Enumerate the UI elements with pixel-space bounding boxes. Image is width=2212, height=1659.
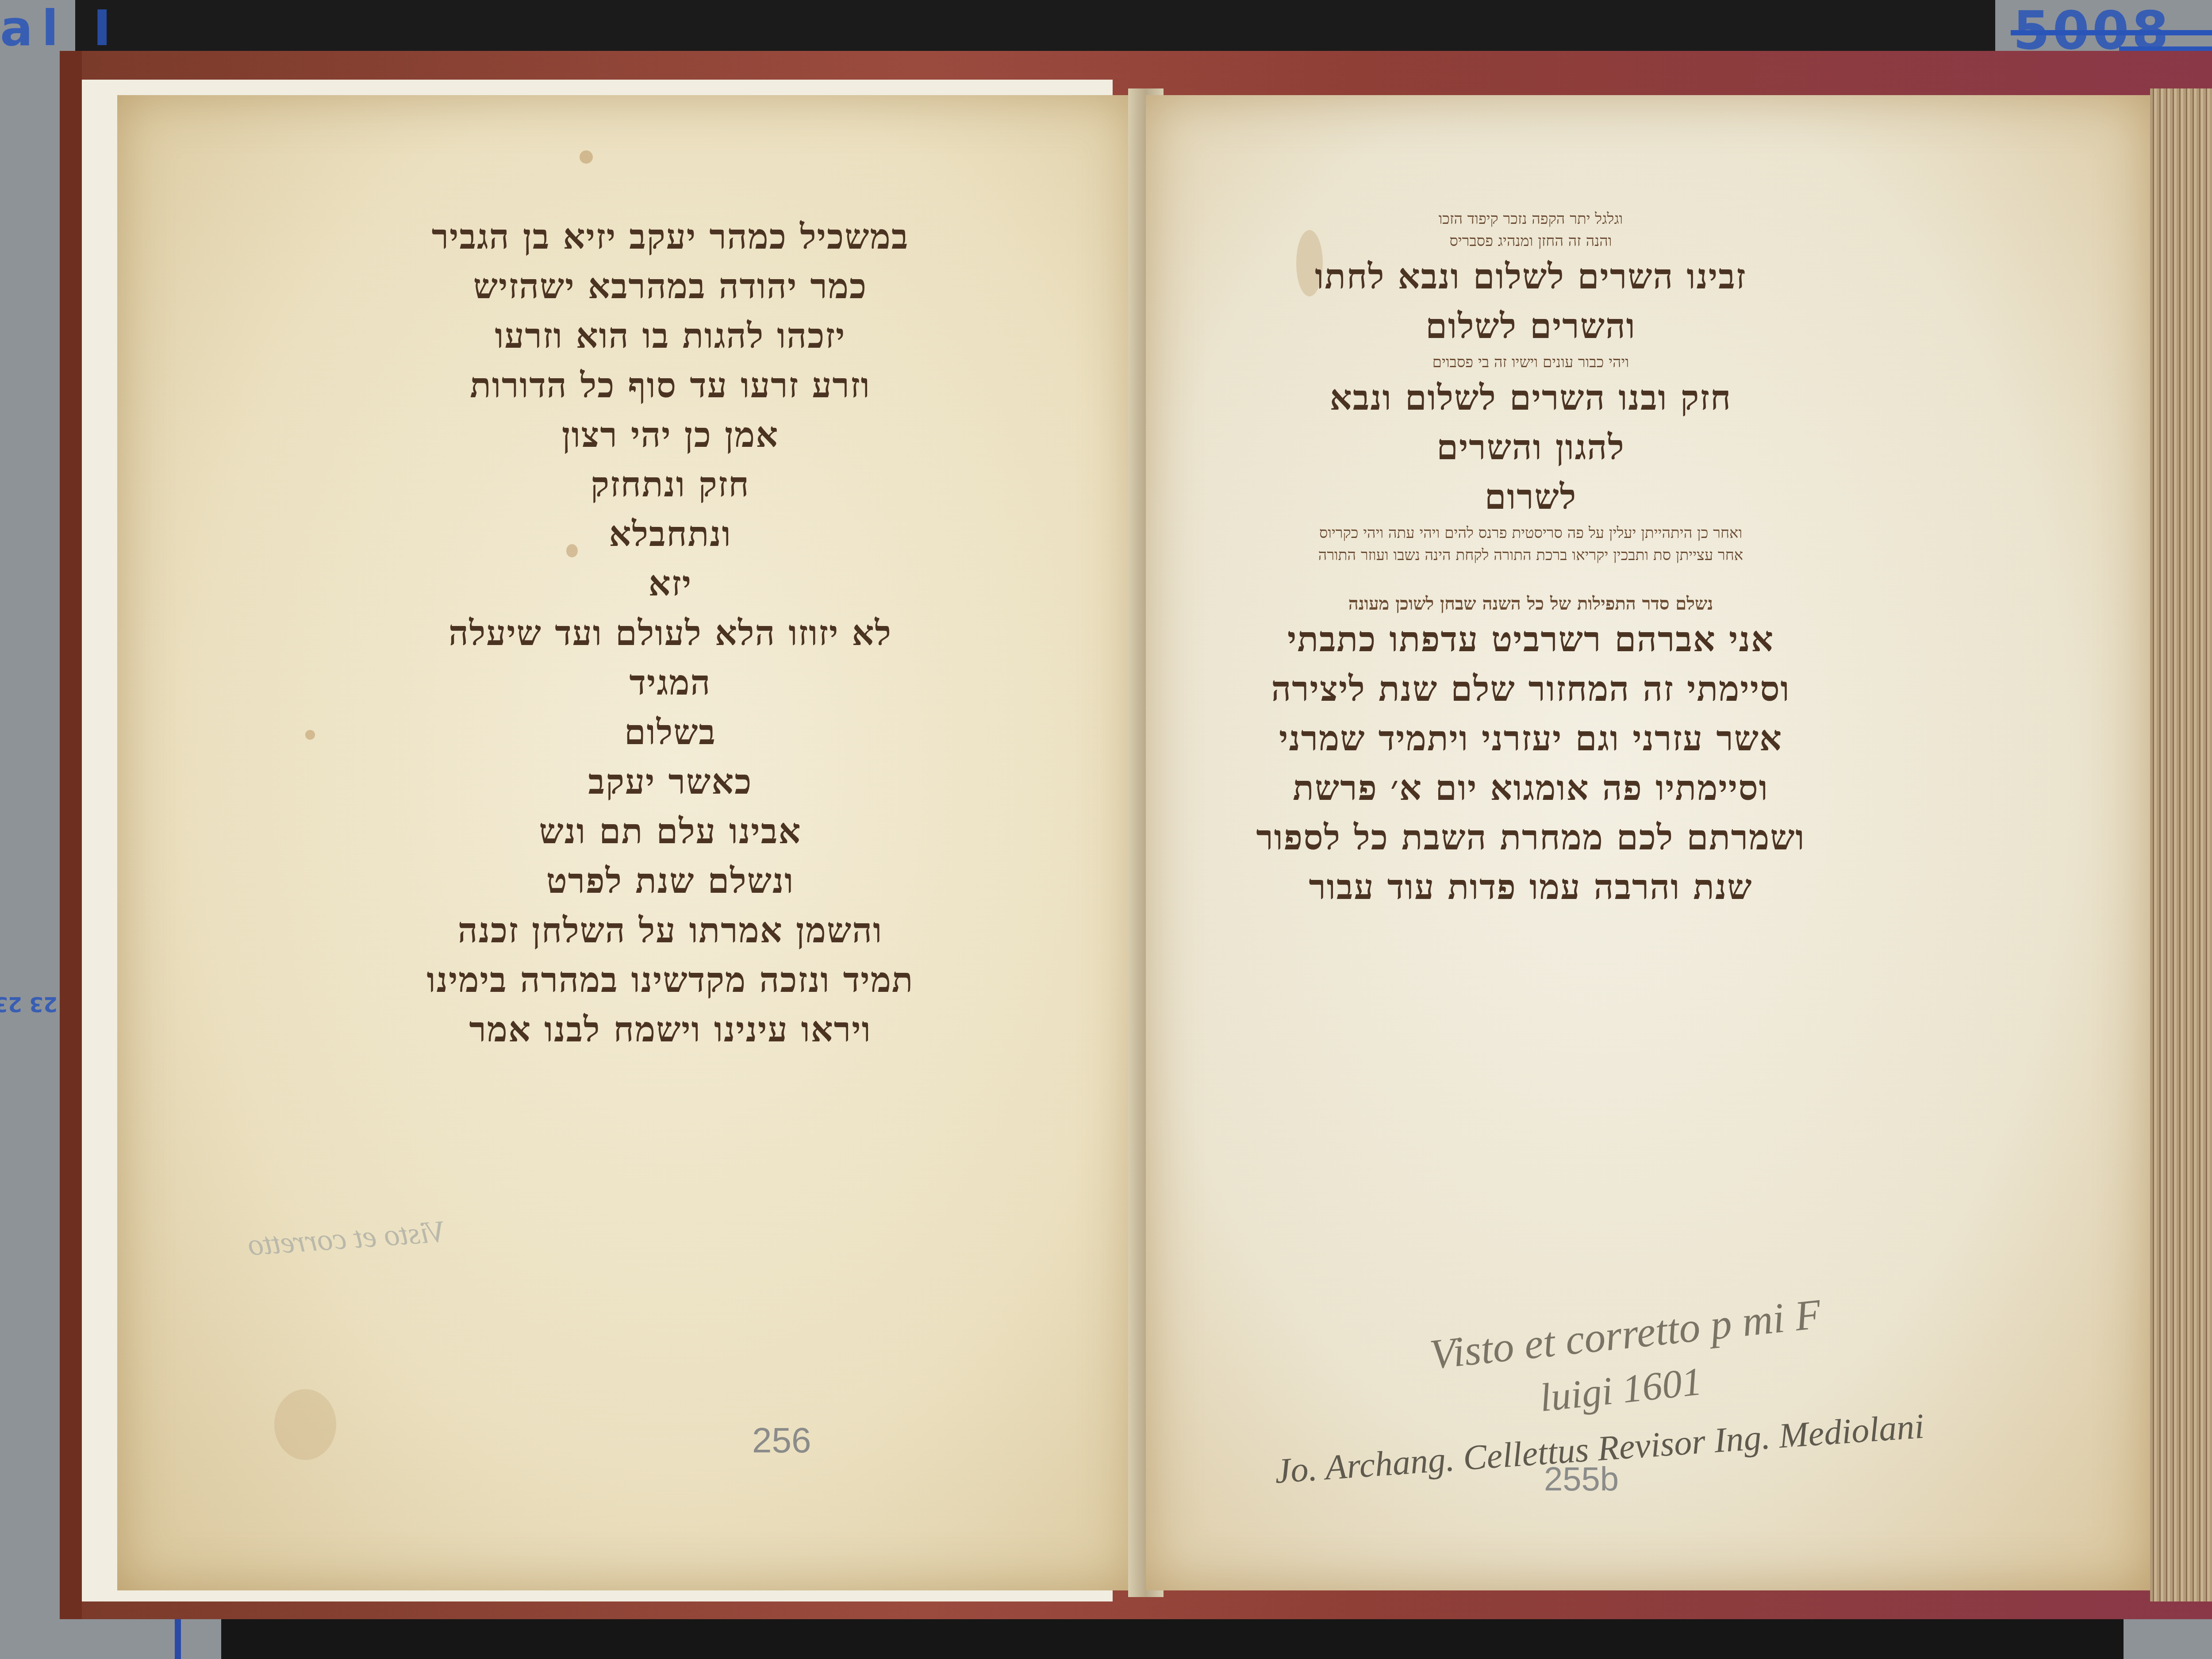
text-line: אמן כן יהי רצון xyxy=(416,411,925,460)
board-print-left-ruler: 23 23 xyxy=(0,978,58,1031)
text-line: בשלום xyxy=(416,708,925,757)
board-rule xyxy=(2011,30,2212,35)
text-line: אבינו עלם תם ונש xyxy=(416,807,925,856)
text-line: יזא xyxy=(416,559,925,609)
colophon-intro: נשלם סדר התפילות של כל השנה שבחן לשוכן מ… xyxy=(1234,593,1827,615)
colophon-line: אשר עזרני וגם יעזרני ויתמיד שמרני xyxy=(1234,714,1827,764)
text-line: וזרע זרעו עד סוף כל הדורות xyxy=(416,361,925,411)
binding-leather-edge xyxy=(60,51,82,1619)
text-line: יזכהו להגות בו הוא וזרעו xyxy=(416,311,925,361)
text-line: והשמן אמרתו על השלחן זכנה xyxy=(416,906,925,956)
left-page-text: במשכיל כמהר יעקב יזיא בן הגביר כמר יהודה… xyxy=(416,212,925,1055)
text-line: ונשלם שנת לפרט xyxy=(416,856,925,906)
text-line: במשכיל כמהר יעקב יזיא בן הגביר xyxy=(416,212,925,262)
text-line: והשרים לשלום xyxy=(1234,302,1827,351)
colophon-line: וסיימתי זה המחזור שלם שנת ליצירה xyxy=(1234,664,1827,714)
ink-spot xyxy=(305,730,315,740)
text-line-small: וגלגל יתר הקפה נזכר קיפוד הזכו xyxy=(1234,208,1827,230)
text-line: לשרום xyxy=(1234,472,1827,522)
text-line: חזק ובנו השרים לשלום ונבא xyxy=(1234,373,1827,423)
text-line: המגיד xyxy=(416,658,925,708)
folio-number-left: 256 xyxy=(752,1420,811,1461)
text-line: כמר יהודה במהרבא ישהזיש xyxy=(416,262,925,311)
text-block-fore-edge xyxy=(2150,88,2212,1601)
colophon-line: שנת והרבה עמו פדות עוד עבור xyxy=(1234,863,1827,912)
text-line-small: ויהי כבור עונים וישיו זה בי פסבוים xyxy=(1234,351,1827,373)
text-line-small: והנה זה החזן ומנהיג פסבריס xyxy=(1234,230,1827,252)
text-line-small: ואחר כן היתהייתן יעלין על פה סריסטית פרנ… xyxy=(1234,522,1827,544)
ink-spot xyxy=(580,150,593,164)
text-line: ונתחבלא xyxy=(416,510,925,559)
text-line: כאשר יעקב xyxy=(416,757,925,807)
folio-number-right: 255b xyxy=(1544,1460,1619,1498)
text-line: חזק ונתחזק xyxy=(416,460,925,510)
colophon-line: אני אברהם רשרביט עדפתו כתבתי xyxy=(1234,615,1827,664)
board-rule xyxy=(175,1619,181,1659)
colophon-line: וסיימתיו פה אומגוא יום א׳ פרשת xyxy=(1234,764,1827,813)
text-line-small: אחר עצייתן סת ותבכין יקריאו ברכת התורה ל… xyxy=(1234,544,1827,566)
text-line: זבינו השרים לשלום ונבא לחתו xyxy=(1234,252,1827,302)
text-line: תמיד ונזכה מקדשינו במהרה בימינו xyxy=(416,956,925,1005)
water-stain xyxy=(274,1389,336,1460)
board-print-top-left: al I xyxy=(0,0,120,57)
text-line: להגון והשרים xyxy=(1234,423,1827,472)
text-line: לא יזוזו הלא לעולם ועד שיעלה xyxy=(416,609,925,658)
text-line: ויראו עינינו וישמח לבנו אמר xyxy=(416,1005,925,1055)
right-page-text: וגלגל יתר הקפה נזכר קיפוד הזכו והנה זה ה… xyxy=(1234,208,1827,912)
colophon-line: ושמרתם לכם ממחרת השבת כל לספור xyxy=(1234,813,1827,863)
